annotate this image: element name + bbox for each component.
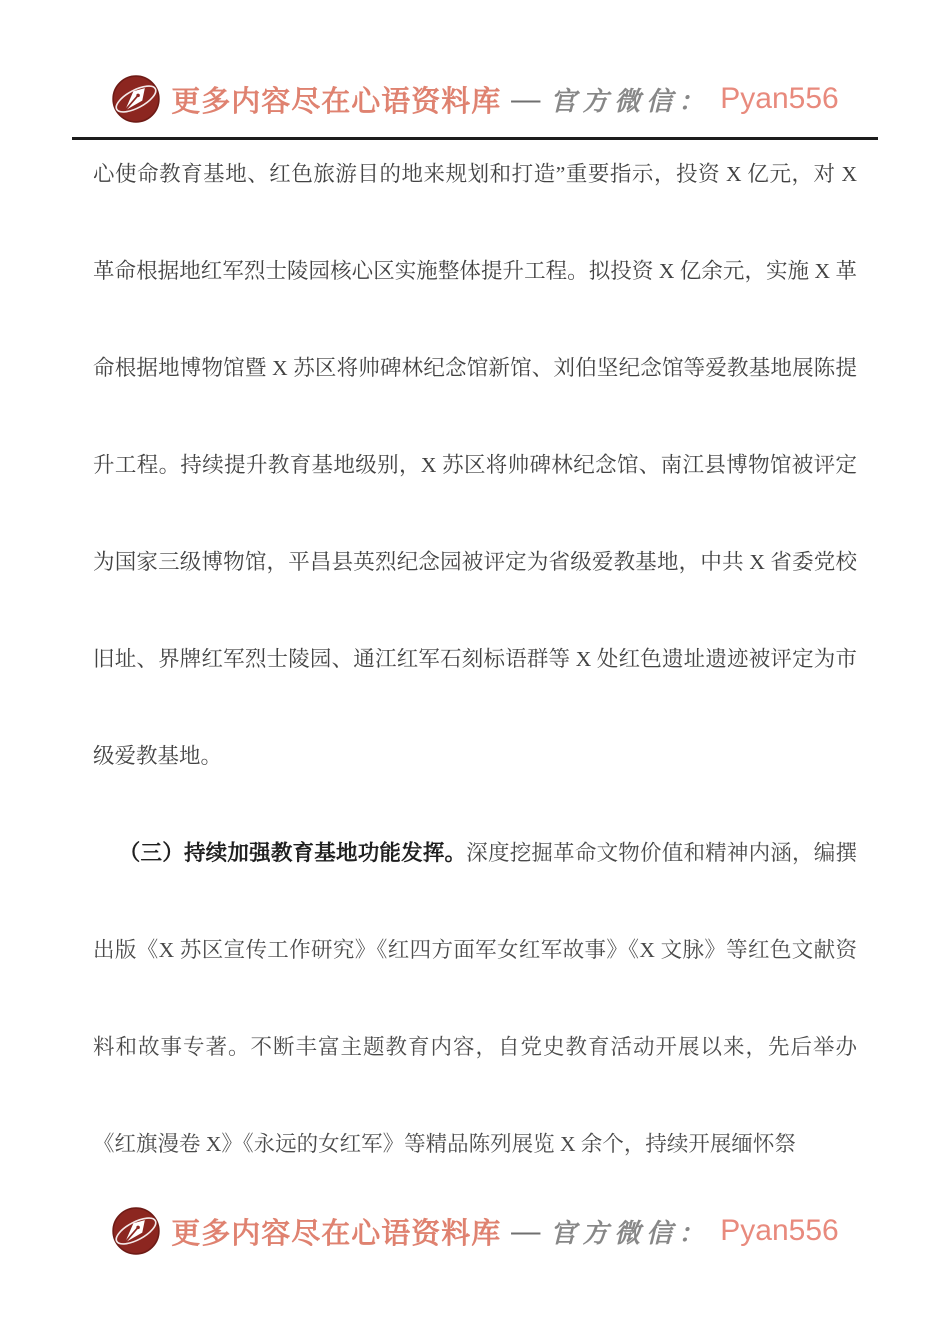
section-paragraph: （三）持续加强教育基地功能发挥。深度挖掘革命文物价值和精神内涵，编撰出版《X 苏…	[93, 805, 857, 1193]
wechat-label: 官方微信：	[550, 1213, 710, 1250]
paragraph-continuation: 心使命教育基地、红色旅游目的地来规划和打造”重要指示，投资 X 亿元，对 X 革…	[93, 126, 857, 805]
page-footer: 更多内容尽在心语资料库—官方微信：Pyan556	[0, 1206, 950, 1256]
wechat-account: Pyan556	[720, 82, 838, 116]
wechat-label: 官方微信：	[550, 81, 710, 118]
page-header: 更多内容尽在心语资料库—官方微信：Pyan556	[0, 74, 950, 124]
brand-separator: —	[511, 1215, 540, 1248]
pen-nib-logo-icon	[111, 1206, 161, 1256]
section-text: 深度挖掘革命文物价值和精神内涵，编撰出版《X 苏区宣传工作研究》《红四方面军女红…	[93, 841, 857, 1156]
brand-separator: —	[511, 83, 540, 116]
pen-nib-logo-icon	[111, 74, 161, 124]
section-heading: （三）持续加强教育基地功能发挥。	[119, 841, 466, 865]
brand-title: 更多内容尽在心语资料库	[171, 79, 501, 120]
brand-title: 更多内容尽在心语资料库	[171, 1211, 501, 1252]
document-body: 心使命教育基地、红色旅游目的地来规划和打造”重要指示，投资 X 亿元，对 X 革…	[93, 126, 857, 1193]
document-page: 更多内容尽在心语资料库—官方微信：Pyan556 心使命教育基地、红色旅游目的地…	[0, 0, 950, 1344]
wechat-account: Pyan556	[720, 1214, 838, 1248]
